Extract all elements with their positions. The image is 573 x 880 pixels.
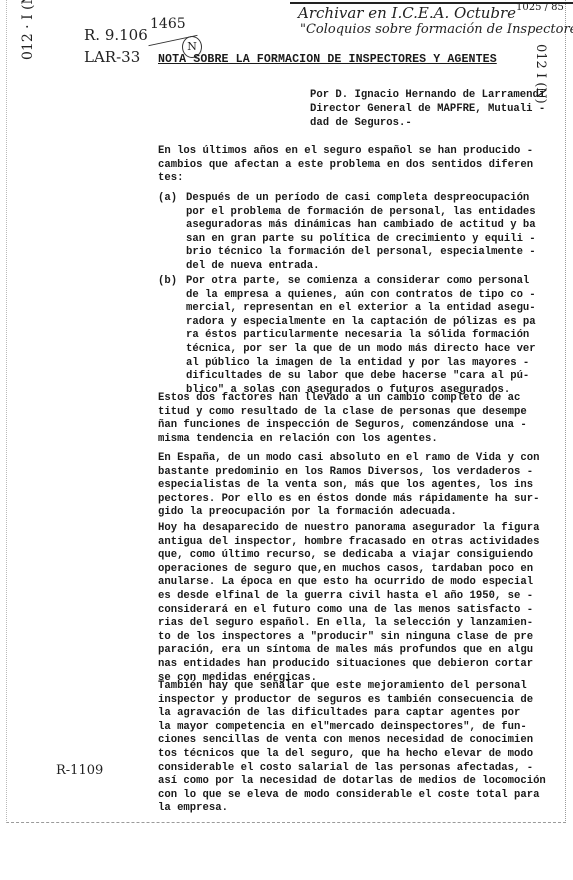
handwritten-ref-lar33: LAR-33 [84, 48, 140, 66]
text-line: técnica, por ser la que de un modo más d… [186, 343, 536, 357]
document-title: NOTA SOBRE LA FORMACION DE INSPECTORES Y… [158, 53, 497, 66]
text-line: titud y como resultado de la clase de pe… [158, 406, 558, 420]
list-item-label: (b) [158, 275, 177, 289]
text-line: que, como último recurso, se dedicaba a … [158, 549, 558, 563]
text-line: tes: [158, 172, 558, 186]
text-line: cambios que afectan a este problema en d… [158, 159, 558, 173]
text-line: anularse. La época en que esto ha ocurri… [158, 576, 558, 590]
text-line: la mayor competencia en el"mercado deins… [158, 721, 558, 735]
text-line: Estos dos factores han llevado a un camb… [158, 392, 558, 406]
intro-paragraph: En los últimos años en el seguro español… [158, 145, 558, 186]
handwritten-number-1465: 1465 [150, 16, 186, 32]
text-line: aseguradoras más dinámicas han cambiado … [186, 219, 536, 233]
handwritten-ref-r9106: R. 9.106 [84, 26, 148, 44]
text-line: de la empresa a quienes, aún con contrat… [186, 289, 536, 303]
paragraph-factors: Estos dos factores han llevado a un camb… [158, 392, 558, 446]
text-line: brio técnico la formación del personal, … [186, 246, 536, 260]
text-line: al público la imagen de la entidad y por… [186, 357, 536, 371]
handwritten-bottom-ref: R-1109 [56, 763, 103, 778]
list-item-body: Por otra parte, se comienza a considerar… [186, 275, 536, 397]
text-line: En los últimos años en el seguro español… [158, 145, 558, 159]
text-line: especialistas de la venta son, más que l… [158, 479, 558, 493]
list-item-label: (a) [158, 192, 177, 206]
text-line: mercial, representan en el exterior a la… [186, 302, 536, 316]
text-line: rias del seguro español. En ella, la sel… [158, 617, 558, 631]
text-line: nas entidades han producido situaciones … [158, 658, 558, 672]
text-line: con lo que se eleva de modo considerable… [158, 789, 558, 803]
text-line: paración, era un síntoma de males más pr… [158, 644, 558, 658]
text-line: to de los inspectores a "producir" sin n… [158, 631, 558, 645]
paragraph-espana: En España, de un modo casi absoluto en e… [158, 452, 558, 520]
text-line: Después de un período de casi completa d… [186, 192, 536, 206]
text-line: ra éstos particularmente necesaria la só… [186, 329, 536, 343]
text-line: ciones sencillas de venta con menos nece… [158, 734, 558, 748]
handwritten-left-vertical-code: 012 · I (N) [20, 0, 36, 60]
text-line: considerará en el futuro como una de las… [158, 604, 558, 618]
text-line: la agravación de las dificultades para c… [158, 707, 558, 721]
text-line: operaciones de seguro que,en muchos caso… [158, 563, 558, 577]
text-line: inspector y productor de seguros es tamb… [158, 694, 558, 708]
text-line: considerable el costo salarial de las pe… [158, 762, 558, 776]
byline: Por D. Ignacio Hernando de Larramendi Di… [310, 88, 545, 130]
text-line: es desde elfinal de la guerra civil hast… [158, 590, 558, 604]
byline-line: Por D. Ignacio Hernando de Larramendi [310, 88, 545, 102]
text-line: bastante predominio en los Ramos Diverso… [158, 466, 558, 480]
text-line: antigua del inspector, hombre fracasado … [158, 536, 558, 550]
text-line: del de nueva entrada. [186, 260, 536, 274]
text-line: pectores. Por ello es en éstos donde más… [158, 493, 558, 507]
text-line: tos técnicos que la del seguro, que ha h… [158, 748, 558, 762]
text-line: Por otra parte, se comienza a considerar… [186, 275, 536, 289]
text-line: san en gran parte su política de crecimi… [186, 233, 536, 247]
byline-line: dad de Seguros.- [310, 116, 545, 130]
text-line: dificultades de su labor que debe hacers… [186, 370, 536, 384]
text-line: misma tendencia en relación con los agen… [158, 433, 558, 447]
text-line: En España, de un modo casi absoluto en e… [158, 452, 558, 466]
paragraph-hoy: Hoy ha desaparecido de nuestro panorama … [158, 522, 558, 685]
text-line: También hay que señalar que este mejoram… [158, 680, 558, 694]
text-line: gido la preocupación por la formación ad… [158, 506, 558, 520]
handwritten-archive-note: Archivar en I.C.E.A. Octubre [298, 4, 516, 22]
handwritten-year-note: 1025 / 85 [516, 2, 564, 13]
text-line: Hoy ha desaparecido de nuestro panorama … [158, 522, 558, 536]
text-line: radora y especialmente en la captación d… [186, 316, 536, 330]
list-item-body: Después de un período de casi completa d… [186, 192, 536, 274]
text-line: por el problema de formación de personal… [186, 206, 536, 220]
byline-line: Director General de MAPFRE, Mutuali - [310, 102, 545, 116]
text-line: ñan funciones de inspección de Seguros, … [158, 419, 558, 433]
text-line: así como por la necesidad de dotarlas de… [158, 775, 558, 789]
text-line: la empresa. [158, 802, 558, 816]
handwritten-coloquios-note: "Coloquios sobre formación de Inspectore… [300, 22, 573, 37]
paragraph-tambien: También hay que señalar que este mejoram… [158, 680, 558, 816]
